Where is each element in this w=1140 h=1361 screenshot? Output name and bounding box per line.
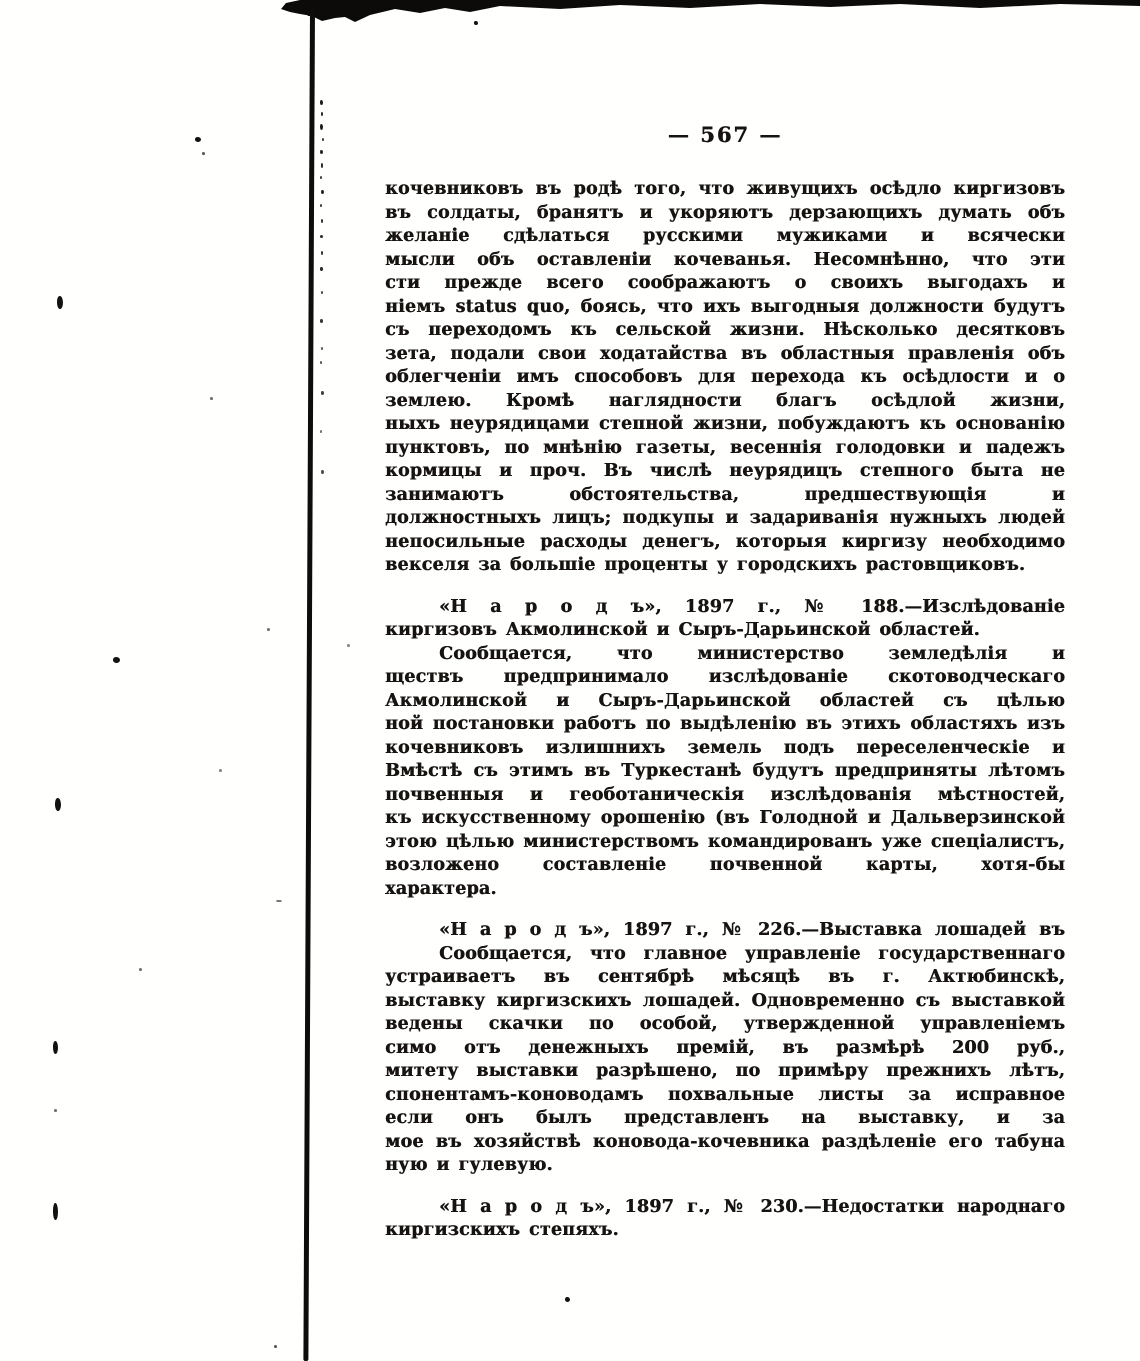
text-line: желаніе сдѣлаться русскими мужиками и вс… xyxy=(385,225,1065,249)
ink-speck xyxy=(320,430,322,433)
text-line: симо отъ денежныхъ премій, въ размѣрѣ 20… xyxy=(385,1037,1065,1061)
text-line: киргизскихъ степяхъ. xyxy=(385,1219,1065,1243)
text-line: киргизовъ Акмолинской и Сыръ-Дарьинской … xyxy=(385,619,1065,643)
text-line: «Н а р о д ъ», 1897 г., № 226.—Выставка … xyxy=(385,919,1065,943)
ink-speck xyxy=(321,163,323,168)
text-line: должностныхъ лицъ; подкупы и задариванія… xyxy=(385,507,1065,531)
text-line: Вмѣстѣ съ этимъ въ Туркестанѣ будутъ пре… xyxy=(385,760,1065,784)
text-line: сти прежде всего соображаютъ о своихъ вы… xyxy=(385,272,1065,296)
text-line: съ переходомъ къ сельской жизни. Нѣсколь… xyxy=(385,319,1065,343)
text-line: ныхъ неурядицами степной жизни, побуждаю… xyxy=(385,413,1065,437)
text-line: мое въ хозяйствѣ коновода-кочевника разд… xyxy=(385,1131,1065,1155)
text-line: ной постановки работъ по выдѣленію въ эт… xyxy=(385,713,1065,737)
ink-speck xyxy=(219,769,222,772)
text-line: возложено составленіе почвенной карты, х… xyxy=(385,854,1065,878)
ink-speck xyxy=(274,1345,277,1348)
text-line: почвенныя и геоботаническія изслѣдованія… xyxy=(385,784,1065,808)
ink-speck xyxy=(320,319,323,323)
text-line: непосильные расходы денегъ, которыя кирг… xyxy=(385,531,1065,555)
ink-speck xyxy=(210,397,213,400)
ink-speck xyxy=(267,628,270,631)
text-block: кочевниковъ въ родѣ того, что живущихъ о… xyxy=(385,178,1065,1243)
ink-speck xyxy=(276,900,282,902)
ink-speck xyxy=(113,657,120,663)
ink-speck xyxy=(53,1203,58,1220)
ink-speck xyxy=(565,1297,570,1302)
text-line: кочевниковъ въ родѣ того, что живущихъ о… xyxy=(385,178,1065,202)
ink-speck xyxy=(320,150,323,154)
text-line: ніемъ status quo, боясь, что ихъ выгодны… xyxy=(385,296,1065,320)
body-paragraph: кочевниковъ въ родѣ того, что живущихъ о… xyxy=(385,178,1065,578)
text-line: устраиваетъ въ сентябрѣ мѣсяцѣ въ г. Акт… xyxy=(385,966,1065,990)
text-line: мысли объ оставленіи кочеванья. Несомнѣн… xyxy=(385,249,1065,273)
text-line: векселя за большіе проценты у городскихъ… xyxy=(385,554,1065,578)
binding-line xyxy=(303,8,315,1361)
entry-heading: «Н а р о д ъ», 1897 г., № 226.—Выставка … xyxy=(385,919,1065,943)
body-paragraph: Сообщается, что министерство земледѣлія … xyxy=(385,643,1065,902)
ink-speck xyxy=(321,112,323,116)
text-line: митету выставки разрѣшено, по примѣру пр… xyxy=(385,1060,1065,1084)
ink-speck xyxy=(320,267,323,271)
page-number: — 567 — xyxy=(385,122,1065,147)
text-line: занимаютъ обстоятельства, предшествующія… xyxy=(385,484,1065,508)
ink-speck xyxy=(321,219,323,223)
ink-speck xyxy=(53,1041,58,1054)
ink-speck xyxy=(54,1109,57,1112)
ink-speck xyxy=(320,124,323,130)
text-line: зета, подали свои ходатайства въ областн… xyxy=(385,343,1065,367)
text-line: землею. Кромѣ наглядности благъ осѣдлой … xyxy=(385,390,1065,414)
text-line: ществъ предпринимало изслѣдованіе скотов… xyxy=(385,666,1065,690)
text-line: кочевниковъ излишнихъ земель подъ пересе… xyxy=(385,737,1065,761)
text-line: выставку киргизскихъ лошадей. Одновремен… xyxy=(385,990,1065,1014)
text-line: къ искусственному орошенію (въ Голодной … xyxy=(385,807,1065,831)
entry-heading: «Н а р о д ъ», 1897 г., № 188.—Изслѣдова… xyxy=(385,596,1065,643)
ink-speck xyxy=(321,291,323,294)
text-line: «Н а р о д ъ», 1897 г., № 230.—Недостатк… xyxy=(385,1196,1065,1220)
ink-speck xyxy=(55,798,61,811)
ink-speck xyxy=(320,176,322,179)
ink-speck xyxy=(321,347,323,350)
ink-speck xyxy=(139,968,142,971)
torn-page-top-edge xyxy=(0,0,1140,32)
text-line: въ солдаты, бранятъ и укоряютъ дерзающих… xyxy=(385,202,1065,226)
text-line: кормицы и проч. Въ числѣ неурядицъ степн… xyxy=(385,460,1065,484)
text-line: Сообщается, что министерство земледѣлія … xyxy=(385,643,1065,667)
text-line: если онъ былъ представленъ на выставку, … xyxy=(385,1107,1065,1131)
text-line: спонентамъ-коноводамъ похвальные листы з… xyxy=(385,1084,1065,1108)
body-paragraph: Сообщается, что главное управленіе госуд… xyxy=(385,943,1065,1178)
ink-speck xyxy=(321,190,324,194)
ink-speck xyxy=(57,296,63,309)
ink-speck xyxy=(320,100,323,105)
text-line: ную и гулевую. xyxy=(385,1154,1065,1178)
ink-speck xyxy=(322,138,324,141)
text-line: пунктовъ, по мнѣнію газеты, весеннія гол… xyxy=(385,437,1065,461)
ink-speck xyxy=(320,204,322,207)
scanned-document-page: — 567 — кочевниковъ въ родѣ того, что жи… xyxy=(0,0,1140,1361)
ink-speck xyxy=(320,235,323,238)
text-line: ведены скачки по особой, утвержденной уп… xyxy=(385,1013,1065,1037)
ink-speck xyxy=(202,152,205,155)
text-line: «Н а р о д ъ», 1897 г., № 188.—Изслѣдова… xyxy=(385,596,1065,620)
ink-speck xyxy=(321,391,324,395)
text-line: характера. xyxy=(385,878,1065,902)
ink-speck xyxy=(320,361,322,364)
text-line: Акмолинской и Сыръ-Дарьинской областей с… xyxy=(385,690,1065,714)
text-line: Сообщается, что главное управленіе госуд… xyxy=(385,943,1065,967)
ink-speck xyxy=(347,644,350,647)
ink-speck xyxy=(195,137,201,142)
ink-speck xyxy=(321,470,324,474)
text-line: этою цѣлью министерствомъ командированъ … xyxy=(385,831,1065,855)
entry-heading: «Н а р о д ъ», 1897 г., № 230.—Недостатк… xyxy=(385,1196,1065,1243)
ink-speck xyxy=(474,21,478,25)
ink-speck xyxy=(321,251,323,255)
text-line: облегченіи имъ способовъ для перехода къ… xyxy=(385,366,1065,390)
